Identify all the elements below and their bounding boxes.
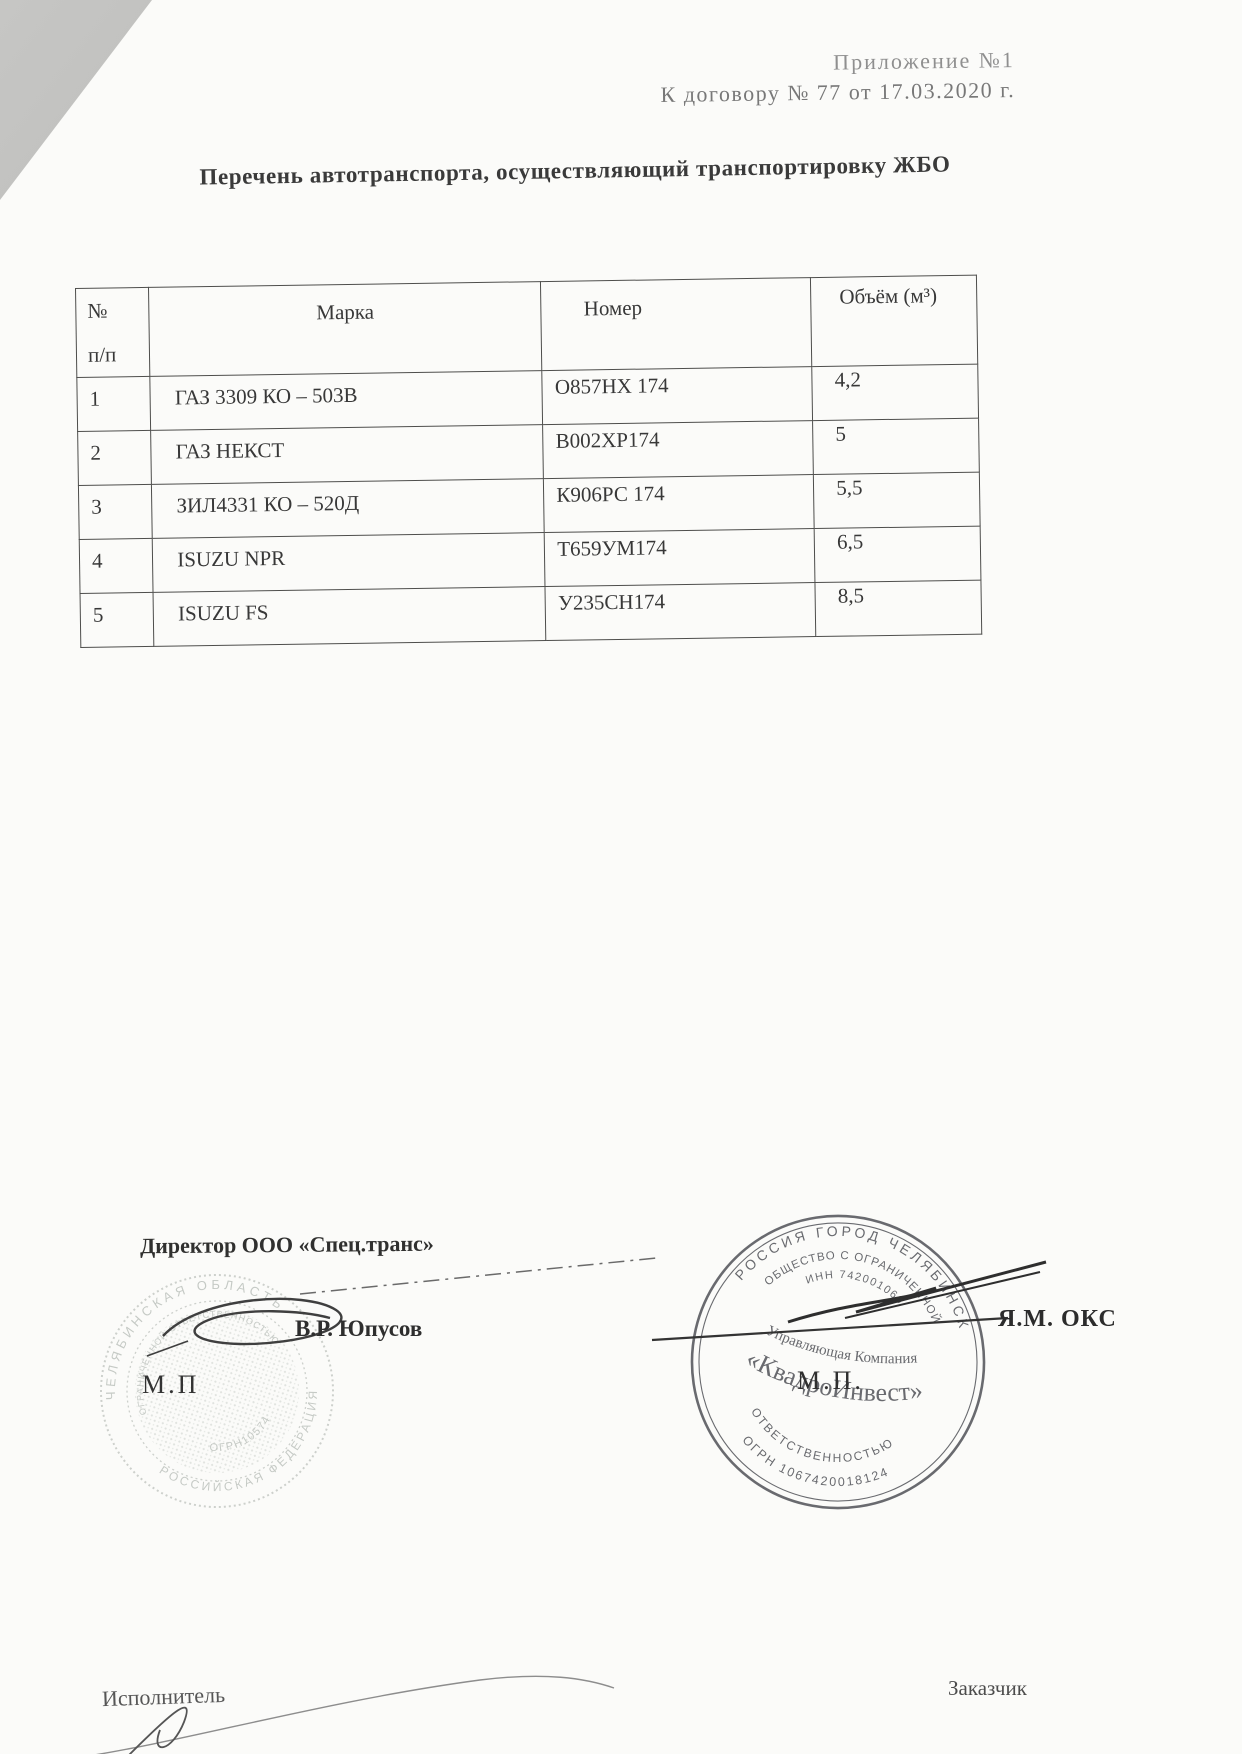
plate-cell: О857НХ 174 [542, 367, 813, 425]
vehicles-table: № п/п Марка Номер Объём (м³) 1 ГАЗ 3309 … [75, 275, 982, 648]
volume-cell: 6,5 [814, 526, 981, 582]
mp-mark-right: М.П. [797, 1366, 864, 1396]
company-stamp-left: ЧЕЛЯБИНСКАЯ ОБЛАСТЬ РОССИЙСКАЯ ФЕДЕРАЦИЯ… [92, 1266, 342, 1516]
mp-mark-left: М.П [142, 1370, 199, 1400]
table-header-row: № п/п Марка Номер Объём (м³) [76, 275, 978, 377]
stamp-right-ogrn-text: ОГРН 1067420018124 [734, 1431, 894, 1503]
document-title: Перечень автотранспорта, осуществляющий … [150, 151, 1000, 192]
executor-label: Исполнитель [102, 1682, 226, 1712]
director-title: Директор ООО «Спец.транс» [140, 1231, 434, 1260]
svg-text:ОТВЕТСТВЕННОСТЬЮ: ОТВЕТСТВЕННОСТЬЮ [741, 1403, 899, 1480]
row-num-cell: 1 [77, 376, 151, 431]
col-header-number: Номер [541, 278, 812, 371]
col-header-num: № п/п [76, 287, 151, 377]
brand-cell: ГАЗ 3309 КО – 503В [150, 371, 543, 431]
company-stamp-right: РОССИЯ ГОРОД ЧЕЛЯБИНСК ОБЩЕСТВО С ОГРАНИ… [686, 1210, 990, 1514]
scanned-document-page: Приложение №1 К договору № 77 от 17.03.2… [0, 0, 1242, 1754]
col-header-num-sign: № [87, 299, 148, 322]
col-header-num-pp: п/п [88, 343, 149, 366]
svg-text:ОГРН 1067420018124: ОГРН 1067420018124 [734, 1431, 894, 1503]
customer-label: Заказчик [948, 1676, 1027, 1701]
brand-cell: ГАЗ НЕКСТ [151, 425, 544, 485]
row-num-cell: 5 [80, 592, 154, 647]
row-num-cell: 2 [78, 430, 152, 485]
volume-cell: 5 [813, 418, 980, 474]
approver-name: Я.М. ОКС [998, 1306, 1117, 1333]
volume-cell: 4,2 [812, 364, 979, 420]
col-header-brand: Марка [149, 282, 542, 377]
appendix-number-line: Приложение №1 [595, 47, 1015, 79]
scan-corner-fold [0, 0, 160, 210]
plate-cell: К906РС 174 [544, 475, 815, 533]
col-header-volume: Объём (м³) [811, 275, 978, 366]
director-name: В.Р. Юпусов [295, 1316, 422, 1342]
plate-cell: Т659УМ174 [545, 529, 816, 587]
volume-cell: 8,5 [815, 580, 982, 636]
appendix-header: Приложение №1 К договору № 77 от 17.03.2… [595, 47, 1016, 109]
director-signature-dash-line [300, 1258, 656, 1294]
plate-cell: У235СН174 [545, 583, 816, 641]
stamp-right-band-bottom-text: ОТВЕТСТВЕННОСТЬЮ [741, 1403, 899, 1480]
plate-cell: В002ХР174 [543, 421, 814, 479]
executor-signature-ink [128, 1708, 187, 1754]
brand-cell: ЗИЛ4331 КО – 520Д [152, 479, 545, 539]
volume-cell: 5,5 [814, 472, 981, 528]
row-num-cell: 4 [79, 538, 153, 593]
brand-cell: ISUZU FS [153, 587, 546, 647]
row-num-cell: 3 [78, 484, 152, 539]
brand-cell: ISUZU NPR [152, 533, 545, 593]
contract-reference-line: К договору № 77 от 17.03.2020 г. [595, 77, 1015, 109]
